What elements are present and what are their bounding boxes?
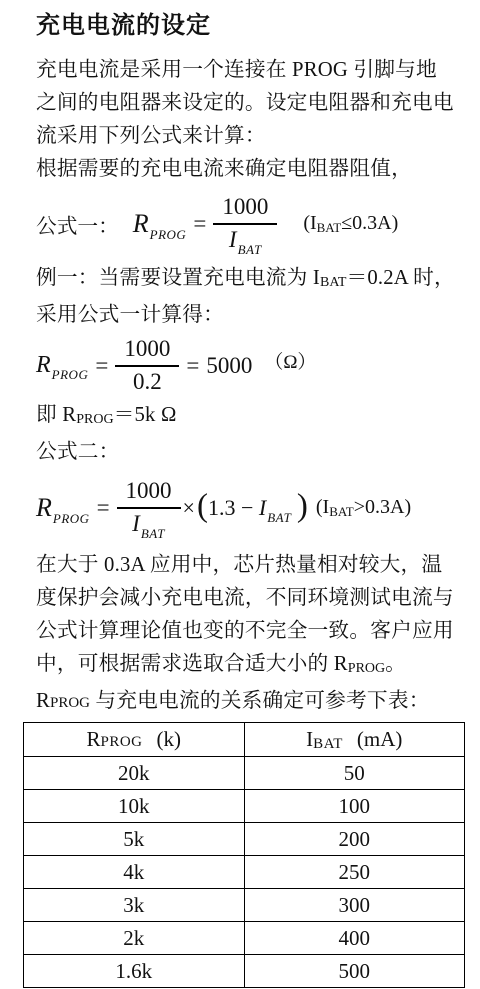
cell-ibat: 250 [244,856,465,889]
text-line: 流采用下列公式来计算： [36,120,452,153]
header-unit: (mA) [357,727,403,751]
inline-smallcaps-prog: PROG [50,695,90,711]
condition-text: (I [316,496,329,518]
cell-rprog: 4k [24,856,245,889]
table-row: 2k 400 [24,922,465,955]
text-line: 之间的电阻器来设定的。设定电阻器和充电电 [36,87,452,120]
math-subscript-bat: BAT [238,242,262,258]
math-subscript-prog: PROG [150,227,187,243]
header-unit: (k) [157,727,182,751]
table-intro-line: RPROG 与充电电流的关系确定可参考下表： [36,685,452,720]
note-text: 中，可根据需求选取合适大小的 R [36,653,348,675]
cell-rprog: 5k [24,823,245,856]
numerator: 1000 [117,478,181,509]
paragraph-resistor-value: 根据需要的充电电流来确定电阻器阻值， [36,153,452,186]
cell-ibat: 50 [244,757,465,790]
paragraph-example: 例一：当需要设置充电电流为 IBAT＝0.2A 时， 采用公式一计算得： [36,262,452,332]
cell-ibat: 100 [244,790,465,823]
unit-ohm: （Ω） [264,347,316,374]
intro-text: 与充电电流的关系确定可参考下表： [90,690,430,712]
text-line: 在大于 0.3A 应用中，芯片热量相对较大，温 [36,549,452,582]
intro-text: R [36,690,50,712]
fraction: 1000 IBAT [213,194,277,253]
header-subscript-bat: BAT [313,736,343,752]
document-page: 充电电流的设定 充电电流是采用一个连接在 PROG 引脚与地 之间的电阻器来设定… [0,0,480,988]
math-lhs: RPROG [36,352,88,379]
cell-ibat: 200 [244,823,465,856]
text-line: 中，可根据需求选取合适大小的 RPROG。 [36,648,452,685]
header-smallcaps-prog: PROG [101,734,143,750]
result-text: 即 R [36,404,76,426]
cell-ibat: 300 [244,889,465,922]
table-row: 4k 250 [24,856,465,889]
cell-rprog: 20k [24,757,245,790]
inline-subscript-prog: PROG [76,412,113,427]
header-text: R [86,727,100,751]
cell-rprog: 3k [24,889,245,922]
equals-sign: = [193,211,206,237]
math-variable-i: I [259,495,266,520]
cell-ibat: 400 [244,922,465,955]
table-header-row: RPROG(k) IBAT(mA) [24,723,465,757]
table-row: 10k 100 [24,790,465,823]
paragraph-intro: 充电电流是采用一个连接在 PROG 引脚与地 之间的电阻器来设定的。设定电阻器和… [36,54,452,153]
denominator: IBAT [123,509,174,537]
multiply-sign: × [183,495,195,521]
math-subscript-bat: BAT [141,526,165,542]
condition-text: (I [303,212,316,234]
cell-ibat: 500 [244,955,465,988]
text-line: 公式计算理论值也变的不完全一致。客户应用 [36,615,452,648]
math-variable-i: I [229,227,237,252]
text-line: 采用公式一计算得： [36,299,452,332]
formula-2-condition: (IBAT>0.3A) [316,496,411,520]
condition-text: ≤0.3A) [341,212,398,234]
close-paren: ) [297,490,308,523]
formula-2: RPROG = 1000 IBAT × ( 1.3 − IBAT ) (IBAT… [36,478,452,537]
condition-text: >0.3A) [354,496,411,518]
math-lhs: RPROG [133,209,187,239]
math-variable-i: I [132,511,140,536]
cell-rprog: 10k [24,790,245,823]
text-line: 例一：当需要设置充电电流为 IBAT＝0.2A 时， [36,262,452,299]
example-text: ＝0.2A 时， [346,267,455,289]
math-subscript-bat: BAT [267,510,291,526]
result-line: 即 RPROG＝5k Ω [36,399,452,436]
inline-subscript-bat: BAT [320,275,346,290]
result-text: ＝5k Ω [114,404,177,426]
inner-text: 1.3 − [208,495,259,520]
cell-rprog: 2k [24,922,245,955]
rprog-ibat-table: RPROG(k) IBAT(mA) 20k 50 10k 100 5k 200 … [23,722,465,988]
math-subscript-prog: PROG [53,511,90,527]
table-row: 3k 300 [24,889,465,922]
math-variable-r: R [36,493,52,522]
page-title: 充电电流的设定 [36,10,452,42]
table-row: 20k 50 [24,757,465,790]
fraction: 1000 0.2 [115,336,179,395]
denominator: 0.2 [124,367,171,395]
numerator: 1000 [213,194,277,225]
inline-subscript-prog: PROG [348,661,385,676]
paragraph-note: 在大于 0.3A 应用中，芯片热量相对较大，温 度保护会减小充电电流，不同环境测… [36,549,452,685]
math-subscript-prog: PROG [52,367,89,383]
equals-sign: = [95,353,108,379]
text-line: 充电电流是采用一个连接在 PROG 引脚与地 [36,54,452,87]
text-line: 度保护会减小充电电流，不同环境测试电流与 [36,582,452,615]
table-row: 5k 200 [24,823,465,856]
header-rprog: RPROG(k) [24,723,245,757]
condition-subscript: BAT [317,220,342,235]
formula-2-label: 公式二： [36,436,452,469]
result-value: 5000 [206,353,252,379]
fraction: 1000 IBAT [117,478,181,537]
paren-inner: 1.3 − IBAT [208,495,297,521]
table-row: 1.6k 500 [24,955,465,988]
example-formula: RPROG = 1000 0.2 = 5000 （Ω） [36,336,452,395]
open-paren: ( [197,490,208,523]
numerator: 1000 [115,336,179,367]
equals-sign: = [97,495,110,521]
cell-rprog: 1.6k [24,955,245,988]
math-variable-r: R [133,209,149,238]
math-variable-r: R [36,352,51,378]
example-text: 例一：当需要设置充电电流为 I [36,267,320,289]
note-text: 。 [385,653,406,675]
denominator: IBAT [220,225,271,253]
math-lhs: RPROG [36,493,90,523]
header-ibat: IBAT(mA) [244,723,465,757]
formula-1: 公式一： RPROG = 1000 IBAT (IBAT≤0.3A) [36,194,452,253]
equals-sign: = [186,353,199,379]
formula-1-condition: (IBAT≤0.3A) [303,212,398,236]
formula-1-label: 公式一： [36,209,119,239]
condition-subscript: BAT [329,504,354,519]
